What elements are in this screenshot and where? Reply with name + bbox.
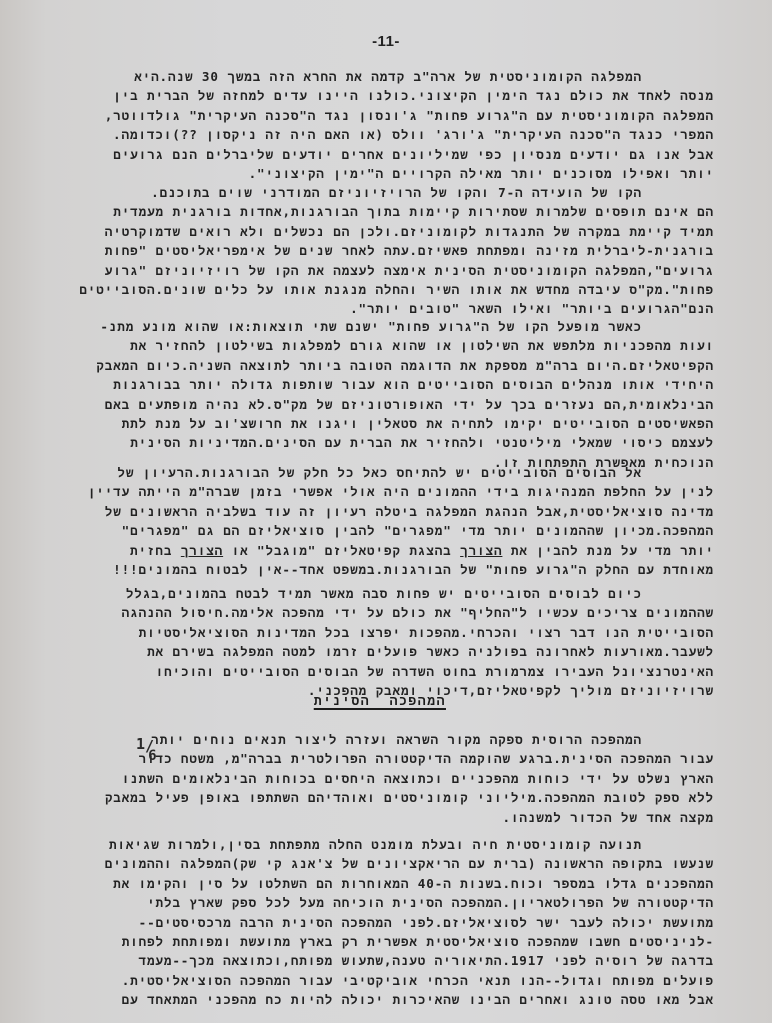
text-line: תמיד קיימת במקרה של התנגדות לקומוניזם.ול… bbox=[64, 222, 714, 241]
text-line: מקצה אחד של הכדור למשנהו. bbox=[64, 808, 714, 827]
text-line: ועות מהפכניות מלתפש את השילטון או שהוא ג… bbox=[64, 336, 714, 355]
text-line: הסובייטית הנו דבר רצוי והכרחי.מהפכות יפר… bbox=[64, 623, 714, 642]
text-line: -לניניסטים חשבו שמהפכה סוציאליסטית אפשרי… bbox=[64, 932, 714, 951]
text-line: לנין על החלפת המנהיגות בידי ההמונים היה … bbox=[64, 482, 714, 501]
page-number: -11- bbox=[0, 33, 772, 50]
text-line: הקפיטאליזם.היום ברה"מ מספקת את הדוגמה הט… bbox=[64, 356, 714, 375]
text-line: הם אינם תופסים שלמרות שסתירות קיימות בתו… bbox=[64, 202, 714, 221]
text-line: האינטרנציונל העבירו צמרמורת בחוט השדרה ש… bbox=[64, 662, 714, 681]
fraction-denominator: 6 bbox=[148, 748, 156, 764]
paragraph-2: הקו של הועידה ה-7 והקו של הרויזיוניזם המ… bbox=[64, 183, 714, 319]
text-line: ללא ספק לטובת המהפכה.מיליוני קומוניסטים … bbox=[64, 788, 714, 807]
text-line: המפרי כנגד ה"סכנה העיקרית" ג'ורג' וולס (… bbox=[64, 125, 714, 144]
text-line: בדרגה של רוסיה לפני 1917.התיאוריה טענה,ש… bbox=[64, 951, 714, 970]
text-line: מאוחדת עם החלק ה"גרוע פחות" של הבורגנות.… bbox=[64, 560, 714, 579]
text-line: מתועשת יכולה לעבר ישר לסוציאליזם.לפני המ… bbox=[64, 913, 714, 932]
document-page: -11- המפלגה הקומוניסטית של ארה"ב קדמה את… bbox=[0, 0, 772, 1023]
text-line: הבינלאומית,הם נעזרים בכך על ידי האופורטו… bbox=[64, 395, 714, 414]
text-line: כיום לבוסים הסובייטים יש פחות סבה מאשר ת… bbox=[64, 584, 714, 603]
underlined-term: הצורך bbox=[460, 543, 502, 558]
text-line: הפאשיסטים הסובייטים יקימו לתחיה את סטאלי… bbox=[64, 414, 714, 433]
text-line: בורגנית-ליברלית מזינה ומפתחת פאשיזם.עתה … bbox=[64, 241, 714, 260]
paragraph-1: המפלגה הקומוניסטית של ארה"ב קדמה את החרא… bbox=[64, 67, 714, 183]
text-line: פועלים מפותח וגדול--הנו תנאי הכרחי אוביק… bbox=[64, 971, 714, 990]
underlined-term: הצורך bbox=[181, 543, 223, 558]
text-line: אבל אנו גם יודעים מנסיון כפי שמיליונים א… bbox=[64, 145, 714, 164]
text-line: הקו של הועידה ה-7 והקו של הרויזיוניזם המ… bbox=[64, 183, 714, 202]
text-line: שההמונים צריכים עכשיו ל"החליף" את כולם ע… bbox=[64, 603, 714, 622]
text-line: תנועה קומוניסטית חיה ובעלת מומנט החלה מת… bbox=[64, 835, 714, 854]
text-line: גרועים",המפלגה הקומוניסטית הסינית אימצה … bbox=[64, 261, 714, 280]
text-line: הארץ נשלט על ידי כוחות מהפכניים וכתוצאה … bbox=[64, 769, 714, 788]
section-heading: המהפכה הסינית bbox=[296, 694, 446, 709]
text-line: שנעשו בתקופה הראשונה (ברית עם הריאקציוני… bbox=[64, 854, 714, 873]
text-line: כאשר מופעל הקו של ה"גרוע פחות" ישנם שתי … bbox=[64, 317, 714, 336]
text-line: לשעבר.מאורעות לאחרונה בפולניה כאשר פועלי… bbox=[64, 642, 714, 661]
text-line: מנסה לאחד את כולם נגד הימין הקיצוני.כולנ… bbox=[64, 86, 714, 105]
text-line: הנם"הגרועים ביותר" ואילו השאר "טובים יות… bbox=[64, 299, 714, 318]
text-line: מדינה סוציאליסטית,אבל הנהגת המפלגה ביטלה… bbox=[64, 502, 714, 521]
text-line: המפלגה הקומוניסטית של ארה"ב קדמה את החרא… bbox=[64, 67, 714, 86]
text-line: המפלגה הקומוניסטית עם ה"גרוע פחות" ג'ונס… bbox=[64, 106, 714, 125]
paragraph-3: כאשר מופעל הקו של ה"גרוע פחות" ישנם שתי … bbox=[64, 317, 714, 472]
text-line: אל הבוסים הסובייטים יש להתיחס כאל כל חלק… bbox=[64, 463, 714, 482]
text-line: המהפכנים גדלו במספר וכוח.בשנות ה-40 המאו… bbox=[64, 874, 714, 893]
text-line: יותר ואפילו מסוכנים יותר מאילה הקרויים ה… bbox=[64, 164, 714, 183]
text-line: המהפכה.מכיון שההמונים יותר מדי "מפגרים" … bbox=[64, 521, 714, 540]
text-line: אבל מאו טסה טונג ואחרים הבינו שהאיכרות י… bbox=[64, 990, 714, 1009]
paragraph-7: תנועה קומוניסטית חיה ובעלת מומנט החלה מת… bbox=[64, 835, 714, 1010]
text-line: יותר מדי על מנת להבין את הצורך בהצגת קפי… bbox=[64, 541, 714, 560]
paragraph-5: כיום לבוסים הסובייטים יש פחות סבה מאשר ת… bbox=[64, 584, 714, 700]
text-line: פחות".מק"ס עיבדה מחדש את אותו השיר והחלה… bbox=[64, 280, 714, 299]
text-line: הדיקטטורה של הפרולטאריון.המהפכה הסינית ה… bbox=[64, 893, 714, 912]
fraction-annotation: 1/6 bbox=[136, 737, 163, 755]
paragraph-4: אל הבוסים הסובייטים יש להתיחס כאל כל חלק… bbox=[64, 463, 714, 579]
text-line: היחידי אותו מנהלים הבוסים הסובייטים הוא … bbox=[64, 375, 714, 394]
text-line: לעצמם כיסוי שמאלי מיליטנטי ולהחזיר את הב… bbox=[64, 433, 714, 452]
fraction-numerator: 1 bbox=[136, 735, 145, 753]
